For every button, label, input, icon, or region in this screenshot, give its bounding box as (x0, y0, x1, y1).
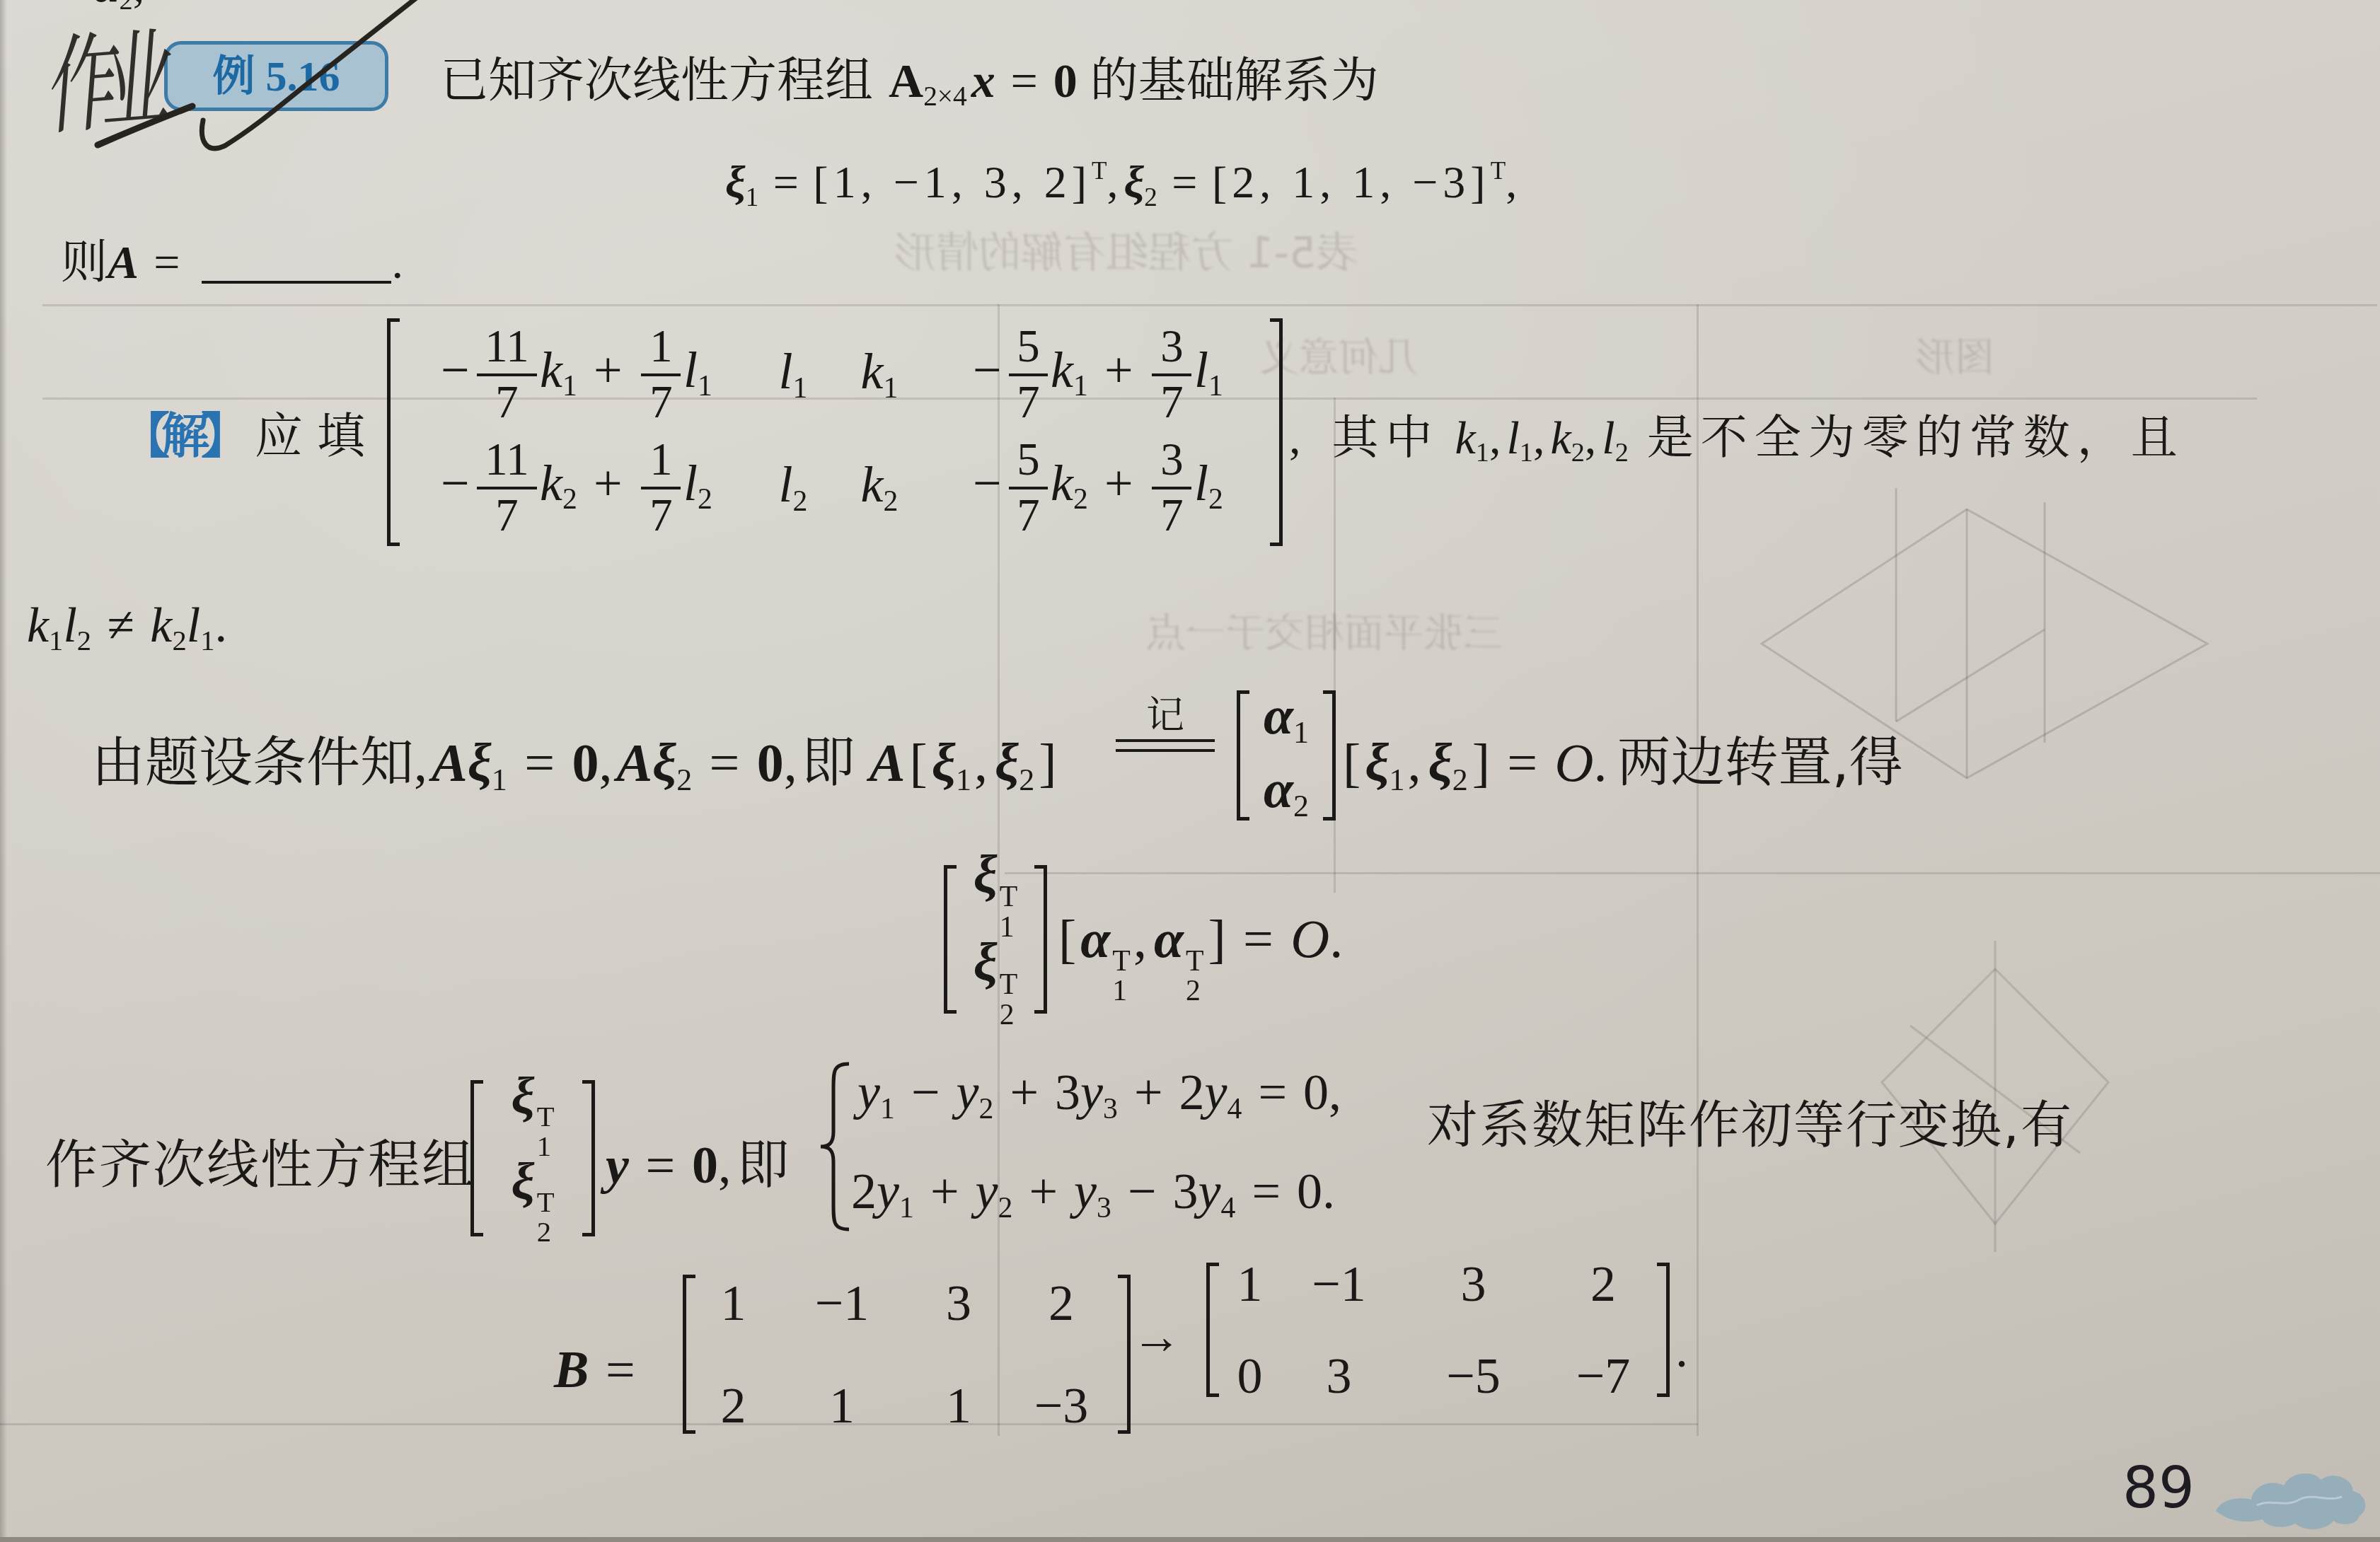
period: . (391, 237, 403, 289)
page-edge-shadow (0, 0, 7, 1542)
remark-text: 其中 (1332, 410, 1440, 465)
derivation-line-1-end: [ξ1,ξ2]=O.两边转置,得 (1343, 736, 1903, 796)
variable: k (861, 456, 884, 513)
statement-text: 已知齐次线性方程组 (440, 53, 873, 109)
row-reduce-arrow-icon: → (1132, 1313, 1182, 1362)
variable: k (540, 342, 562, 398)
constants-remark: ,其中k1,l1,k2,l2是不全为零的常数，且 (1289, 415, 2185, 467)
xi-transpose-matrix-body: ξT1 ξT2 (483, 1080, 582, 1236)
xi-symbol: ξ (974, 845, 998, 905)
numerator: 1 (641, 324, 681, 376)
variable: y (976, 1163, 998, 1219)
left-bracket (683, 1275, 695, 1434)
punctuation: , (414, 734, 427, 793)
variable: l (1602, 412, 1614, 464)
xi-symbol: ξ (1124, 157, 1145, 207)
right-bracket (1118, 1275, 1131, 1434)
subscript: 1 (1520, 438, 1533, 468)
numerator: 1 (641, 437, 681, 489)
vector-values: [2, 1, 1, −3] (1212, 157, 1491, 207)
subscript: 4 (1227, 1093, 1242, 1125)
right-bracket (1323, 690, 1336, 821)
fraction: 37 (1152, 437, 1191, 539)
derivation-line-1: 由题设条件知,Aξ1=0,Aξ2=0,即A[ξ1,ξ2] (91, 736, 1056, 796)
xi-symbol: ξ (995, 734, 1019, 793)
left-bracket: [ (1058, 910, 1076, 969)
left-bracket (944, 865, 957, 1014)
variable: k (27, 598, 49, 653)
numerator: 11 (477, 437, 538, 489)
transpose-mark: T (1000, 882, 1018, 912)
term-operator: + (1010, 1064, 1039, 1120)
subscript: 2 (1615, 438, 1629, 468)
defined-as-symbol: 记 (1116, 697, 1215, 752)
plus-sign: + (594, 342, 623, 398)
answer-matrix-body: −117k1+17l1 l1 k1 −57k1+37l1 −117k2+17l2… (400, 318, 1270, 546)
right-hand-side: 0 (1303, 1064, 1329, 1120)
xi-symbol: ξ (1365, 734, 1389, 793)
solution-label-line: 【解】应填 (122, 412, 379, 461)
variable: l (63, 598, 76, 653)
subscript: 1 (884, 372, 899, 405)
matrix-cell: −3 (1034, 1380, 1089, 1431)
subscript: 1 (200, 625, 214, 656)
subscript: 1 (793, 372, 808, 405)
coefficient: 2 (851, 1163, 877, 1219)
right-bracket (1270, 318, 1283, 546)
subscript: 2 (698, 483, 712, 516)
left-bracket (470, 1080, 483, 1236)
subscript: 3 (1103, 1093, 1118, 1125)
matrix-cell: 1 (1237, 1258, 1263, 1309)
matrix-cell: 1 (829, 1380, 855, 1431)
variable: y (1205, 1064, 1227, 1120)
variable: l (187, 598, 200, 653)
term-operator: − (911, 1064, 940, 1120)
answer-blank (202, 243, 391, 284)
vector-values: [1, −1, 3, 2] (813, 157, 1092, 207)
transpose-mark: T (537, 1188, 555, 1217)
punctuation: , (599, 734, 612, 793)
variable: y (957, 1064, 979, 1120)
statement-text: 的基础解系为 (1090, 53, 1379, 109)
subscript: 1 (492, 763, 507, 797)
equals-sign: = (606, 1341, 635, 1399)
subscript: 2 (172, 625, 186, 656)
script-stack: T2 (537, 1188, 555, 1246)
fill-in-text: 应填 (255, 409, 379, 465)
variable: l (1506, 412, 1519, 464)
punctuation: . (1322, 1163, 1335, 1219)
equals-sign: = (1507, 734, 1537, 793)
denominator: 7 (1017, 489, 1039, 539)
subscript: 2 (793, 485, 808, 518)
fraction: 17 (641, 437, 681, 539)
right-bracket: ] (1208, 910, 1225, 969)
subscript: 1 (562, 370, 577, 402)
reduced-matrix-body: 1 −1 3 2 0 3 −5 −7 (1219, 1263, 1657, 1397)
denominator: 7 (495, 489, 518, 539)
script-stack: T1 (1000, 882, 1018, 942)
denominator: 7 (649, 376, 672, 426)
subscript: 2 (884, 485, 899, 518)
variable: l (1194, 342, 1208, 398)
variable: k (1455, 412, 1476, 464)
zero-matrix: O (1290, 910, 1329, 969)
right-bracket: ] (1039, 734, 1056, 793)
variable: k (1051, 455, 1073, 511)
xi-symbol: ξ (511, 1067, 534, 1125)
variable: k (1550, 412, 1571, 464)
subscript: 1 (1389, 763, 1404, 797)
variable: y (857, 1064, 880, 1120)
equals-sign: = (154, 237, 180, 289)
zero-vector: 0 (757, 734, 784, 793)
show-through-caption: 表5-1 方程组有解的情形 (894, 232, 1358, 274)
numerator: 5 (1009, 437, 1049, 489)
variable: l (779, 456, 793, 513)
variable: y (1074, 1163, 1097, 1219)
fraction: 117 (477, 437, 538, 539)
subscript: 2 (998, 1192, 1012, 1224)
transpose-mark: T (1186, 946, 1204, 977)
subscript: 1 (1208, 370, 1223, 402)
variable: y (1080, 1064, 1103, 1120)
matrix-symbol: A (870, 734, 906, 793)
left-bracket: [ (1343, 734, 1361, 793)
matrix-cell: −1 (815, 1277, 870, 1328)
matrix-cell: α1 (1264, 689, 1309, 748)
subscript: 4 (1221, 1192, 1236, 1224)
alpha-symbol: α (1080, 910, 1110, 969)
term-operator: − (1128, 1163, 1157, 1219)
question-line: 则A=. (61, 239, 403, 286)
unknown-vector: y (606, 1137, 629, 1195)
fraction: 57 (1009, 437, 1049, 539)
subscript: 1 (956, 763, 971, 797)
script-stack: T2 (1000, 970, 1018, 1030)
matrix-cell: 3 (946, 1277, 971, 1328)
plus-sign: + (1104, 342, 1133, 398)
left-bracket (1206, 1263, 1219, 1397)
numerator: 11 (477, 324, 538, 376)
subscript: 2 (1000, 1000, 1018, 1031)
matrix-cell: −7 (1576, 1350, 1631, 1401)
matrix-cell: 2 (1049, 1277, 1074, 1328)
subscript: 2 (1073, 483, 1088, 516)
variable: l (1194, 455, 1208, 511)
punctuation: , (1585, 412, 1597, 464)
period: . (1675, 1324, 1688, 1375)
double-line-equals (1116, 739, 1215, 752)
matrix-cell: 3 (1461, 1258, 1486, 1309)
derivation-text: 即 (736, 1135, 789, 1195)
zero-matrix: O (1555, 734, 1594, 793)
punctuation: , (1107, 157, 1119, 207)
equals-sign: = (773, 157, 799, 207)
transpose-mark: T (1092, 157, 1107, 185)
alpha-column-matrix-body: α1 α2 (1249, 690, 1323, 821)
coefficient: 3 (1173, 1163, 1198, 1219)
xi-symbol: ξ (652, 734, 676, 793)
subscript: 1 (698, 370, 712, 402)
equals-sign: = (524, 734, 555, 793)
remark-text: 是不全为零的常数，且 (1647, 410, 2185, 465)
matrix-cell: α2 (1264, 763, 1309, 822)
show-through-header-figure: 图形 (1915, 338, 1994, 378)
matrix-symbol: B (554, 1341, 589, 1399)
coefficient: 2 (1179, 1064, 1205, 1120)
punctuation: , (1329, 1064, 1341, 1120)
denominator: 7 (649, 489, 672, 539)
minus-sign: − (973, 455, 1002, 511)
period: . (214, 598, 227, 653)
matrix-cell: 2 (721, 1380, 746, 1431)
script-stack: T1 (1112, 946, 1131, 1007)
subscript: 1 (49, 625, 63, 656)
subscript: 1 (1293, 715, 1309, 750)
answer-cell: −117k1+17l1 (441, 324, 712, 426)
answer-cell: −57k2+37l2 (973, 437, 1223, 539)
right-bracket (1657, 1263, 1670, 1397)
subscript: 2 (77, 625, 91, 656)
show-through-rule (1697, 304, 1699, 1436)
subscript: 2 (1208, 483, 1223, 516)
minus-sign: − (441, 455, 470, 511)
left-bracket (1237, 690, 1249, 821)
numerator: 3 (1152, 437, 1191, 489)
solution-label: 【解】 (122, 409, 241, 465)
subscript: 3 (1097, 1192, 1111, 1224)
numerator: 3 (1152, 324, 1191, 376)
subscript: 1 (880, 1093, 895, 1125)
derivation-line-3-intro: 作齐次线性方程组 (45, 1139, 475, 1192)
coefficient-matrix-B: 1 −1 3 2 2 1 1 −3 (683, 1275, 1131, 1434)
term-operator: + (1029, 1163, 1058, 1219)
variable: y (1198, 1163, 1221, 1219)
derivation-text: 由题设条件知 (91, 731, 414, 794)
subscript: 1 (746, 183, 759, 212)
subscript: 2 (562, 483, 577, 516)
right-bracket (1034, 865, 1047, 1014)
variable: l (683, 342, 698, 398)
defined-as-label: 记 (1116, 697, 1215, 735)
plus-sign: + (594, 455, 623, 511)
zero-vector: 0 (572, 734, 599, 793)
xi-symbol: ξ (932, 734, 956, 793)
fraction: 57 (1009, 324, 1049, 426)
variable: l (779, 343, 793, 400)
alpha-symbol: α (1264, 760, 1293, 819)
matrix-cell: 3 (1327, 1350, 1352, 1401)
punctuation: , (1489, 412, 1501, 464)
left-brace-icon (818, 1061, 852, 1232)
left-bracket: [ (909, 734, 927, 793)
fraction: 37 (1152, 324, 1191, 426)
subscript: 2 (1186, 976, 1204, 1007)
equals-sign: = (1243, 910, 1273, 969)
punctuation: , (974, 734, 988, 793)
show-through-rule (42, 304, 2377, 306)
variable: k (540, 455, 562, 511)
minus-sign: − (973, 342, 1002, 398)
answer-cell: l1 (779, 346, 808, 403)
derivation-text: 即 (802, 731, 855, 794)
matrix-symbol: A (616, 734, 652, 793)
page-number: 89 (2122, 1460, 2195, 1517)
left-bracket (387, 318, 400, 546)
matrix-cell: 1 (946, 1380, 971, 1431)
handwritten-checkmark-icon (0, 0, 495, 184)
script-stack: T2 (1186, 946, 1204, 1007)
subscript: 1 (899, 1192, 914, 1224)
equals-sign: = (1011, 54, 1038, 108)
xi-transpose-column-matrix: ξT1 ξT2 (944, 865, 1047, 1014)
xi-symbol: ξ (468, 734, 492, 793)
matrix-B-body: 1 −1 3 2 2 1 1 −3 (695, 1275, 1118, 1434)
term-operator: + (930, 1163, 959, 1219)
period: . (1329, 910, 1343, 969)
punctuation: , (1506, 157, 1517, 207)
transpose-mark: T (1112, 946, 1131, 977)
fraction: 117 (477, 324, 538, 426)
reduced-matrix: 1 −1 3 2 0 3 −5 −7 (1206, 1263, 1670, 1397)
derivation-text: 对系数矩阵作初等行变换,有 (1427, 1095, 2073, 1154)
answer-matrix: −117k1+17l1 l1 k1 −57k1+37l1 −117k2+17l2… (387, 318, 1283, 546)
subscript: 2 (1019, 763, 1034, 797)
derivation-line-3-eq: y=0,即 (606, 1139, 789, 1192)
minus-sign: − (441, 342, 470, 398)
basis-vectors: ξ1=[1, −1, 3, 2]T,ξ2=[2, 1, 1, −3]T, (725, 158, 1517, 211)
punctuation: , (1533, 412, 1545, 464)
subscript: 2 (537, 1217, 555, 1247)
equals-sign: = (1172, 157, 1197, 207)
question-prefix: 则 (61, 235, 108, 289)
matrix-symbol: A (889, 54, 923, 108)
denominator: 7 (1160, 376, 1183, 426)
xi-transpose-column-matrix: ξT1 ξT2 (470, 1080, 595, 1236)
subscript: 2 (978, 1093, 993, 1125)
decorative-cloud-icon (2207, 1456, 2377, 1534)
derivation-line-3-conclusion: 对系数矩阵作初等行变换,有 (1427, 1099, 2073, 1151)
derivation-text: 两边转置,得 (1617, 731, 1902, 794)
problem-statement: 已知齐次线性方程组A2×4x=0的基础解系为 (440, 57, 1379, 110)
variable: y (877, 1163, 899, 1219)
matrix-cell: −5 (1446, 1350, 1501, 1401)
equals-sign: = (1258, 1064, 1287, 1120)
not-equal-sign: ≠ (108, 598, 134, 653)
equals-sign: = (710, 734, 740, 793)
variable: k (150, 598, 172, 653)
punctuation: , (1408, 734, 1421, 793)
derivation-line-2: [αT1,αT2]=O. (1058, 912, 1343, 1007)
variable: k (1051, 342, 1073, 398)
answer-cell: k1 (861, 346, 899, 403)
alpha-symbol: α (1154, 910, 1184, 969)
subscript: 1 (1476, 438, 1489, 468)
matrix-size: 2×4 (923, 81, 967, 112)
matrix-B-label: B= (554, 1344, 652, 1396)
equation-1: y1−y2+3y3+2y4=0, (857, 1067, 1341, 1124)
show-through-rule (1005, 872, 2380, 874)
subscript: 2 (1144, 183, 1157, 212)
vector-symbol: x (971, 54, 995, 108)
period: . (1593, 734, 1607, 793)
transpose-mark: T (537, 1102, 555, 1132)
answer-cell: k2 (861, 459, 899, 516)
matrix-cell: ξT2 (974, 936, 1018, 1030)
equation-2: 2y1+y2+y3−3y4=0. (851, 1166, 1335, 1223)
term-operator: + (1134, 1064, 1163, 1120)
denominator: 7 (1160, 489, 1183, 539)
fraction: 17 (641, 324, 681, 426)
right-bracket (582, 1080, 595, 1236)
zero-vector: 0 (692, 1137, 718, 1195)
matrix-cell: ξT1 (511, 1070, 554, 1161)
variable: l (683, 455, 698, 511)
alpha-column-matrix: α1 α2 (1237, 690, 1336, 821)
derivation-text: 作齐次线性方程组 (45, 1135, 475, 1195)
subscript: 1 (1073, 370, 1088, 402)
show-through-row-text: 三张平面相交于一点 (1146, 614, 1503, 654)
right-bracket: ] (1472, 734, 1490, 793)
subscript: 1 (1112, 976, 1131, 1007)
denominator: 7 (495, 376, 518, 426)
denominator: 7 (1017, 376, 1039, 426)
show-through-header-meaning: 几何意义 (1259, 338, 1418, 378)
answer-cell: l2 (779, 459, 808, 516)
punctuation: , (784, 734, 797, 793)
matrix-cell: −1 (1312, 1258, 1366, 1309)
right-hand-side: 0 (1297, 1163, 1322, 1219)
matrix-cell: 0 (1237, 1350, 1263, 1401)
matrix-cell: 1 (721, 1277, 746, 1328)
equals-sign: = (1252, 1163, 1281, 1219)
punctuation: , (718, 1137, 732, 1195)
xi-symbol: ξ (1428, 734, 1452, 793)
coefficient: 3 (1055, 1064, 1080, 1120)
transpose-mark: T (1491, 157, 1506, 185)
matrix-symbol: A (432, 734, 468, 793)
xi-symbol: ξ (725, 157, 746, 207)
alpha-symbol: α (1264, 686, 1293, 746)
punctuation: , (1133, 910, 1147, 969)
equals-sign: = (646, 1137, 676, 1195)
constants-condition: k1l2≠k2l1. (27, 601, 227, 656)
variable: k (861, 343, 884, 400)
xi-symbol: ξ (511, 1153, 534, 1211)
zero-vector: 0 (1053, 54, 1078, 108)
matrix-cell: ξT1 (974, 848, 1018, 942)
subscript: 2 (1452, 763, 1468, 797)
subscript: 2 (1293, 789, 1309, 823)
subscript: 2 (676, 763, 692, 797)
punctuation: , (1289, 412, 1301, 464)
matrix-cell: ξT2 (511, 1156, 554, 1246)
matrix-symbol: A (108, 237, 139, 289)
page-bottom-edge (0, 1537, 2380, 1542)
script-stack: T1 (537, 1102, 555, 1161)
subscript: 2 (1571, 438, 1585, 468)
xi-symbol: ξ (974, 933, 998, 992)
transpose-mark: T (1000, 970, 1018, 1000)
answer-cell: −57k1+37l1 (973, 324, 1223, 426)
xi-transpose-matrix-body: ξT1 ξT2 (957, 865, 1034, 1014)
matrix-cell: 2 (1590, 1258, 1616, 1309)
answer-cell: −117k2+17l2 (441, 437, 712, 539)
plus-sign: + (1104, 455, 1133, 511)
numerator: 5 (1009, 324, 1049, 376)
